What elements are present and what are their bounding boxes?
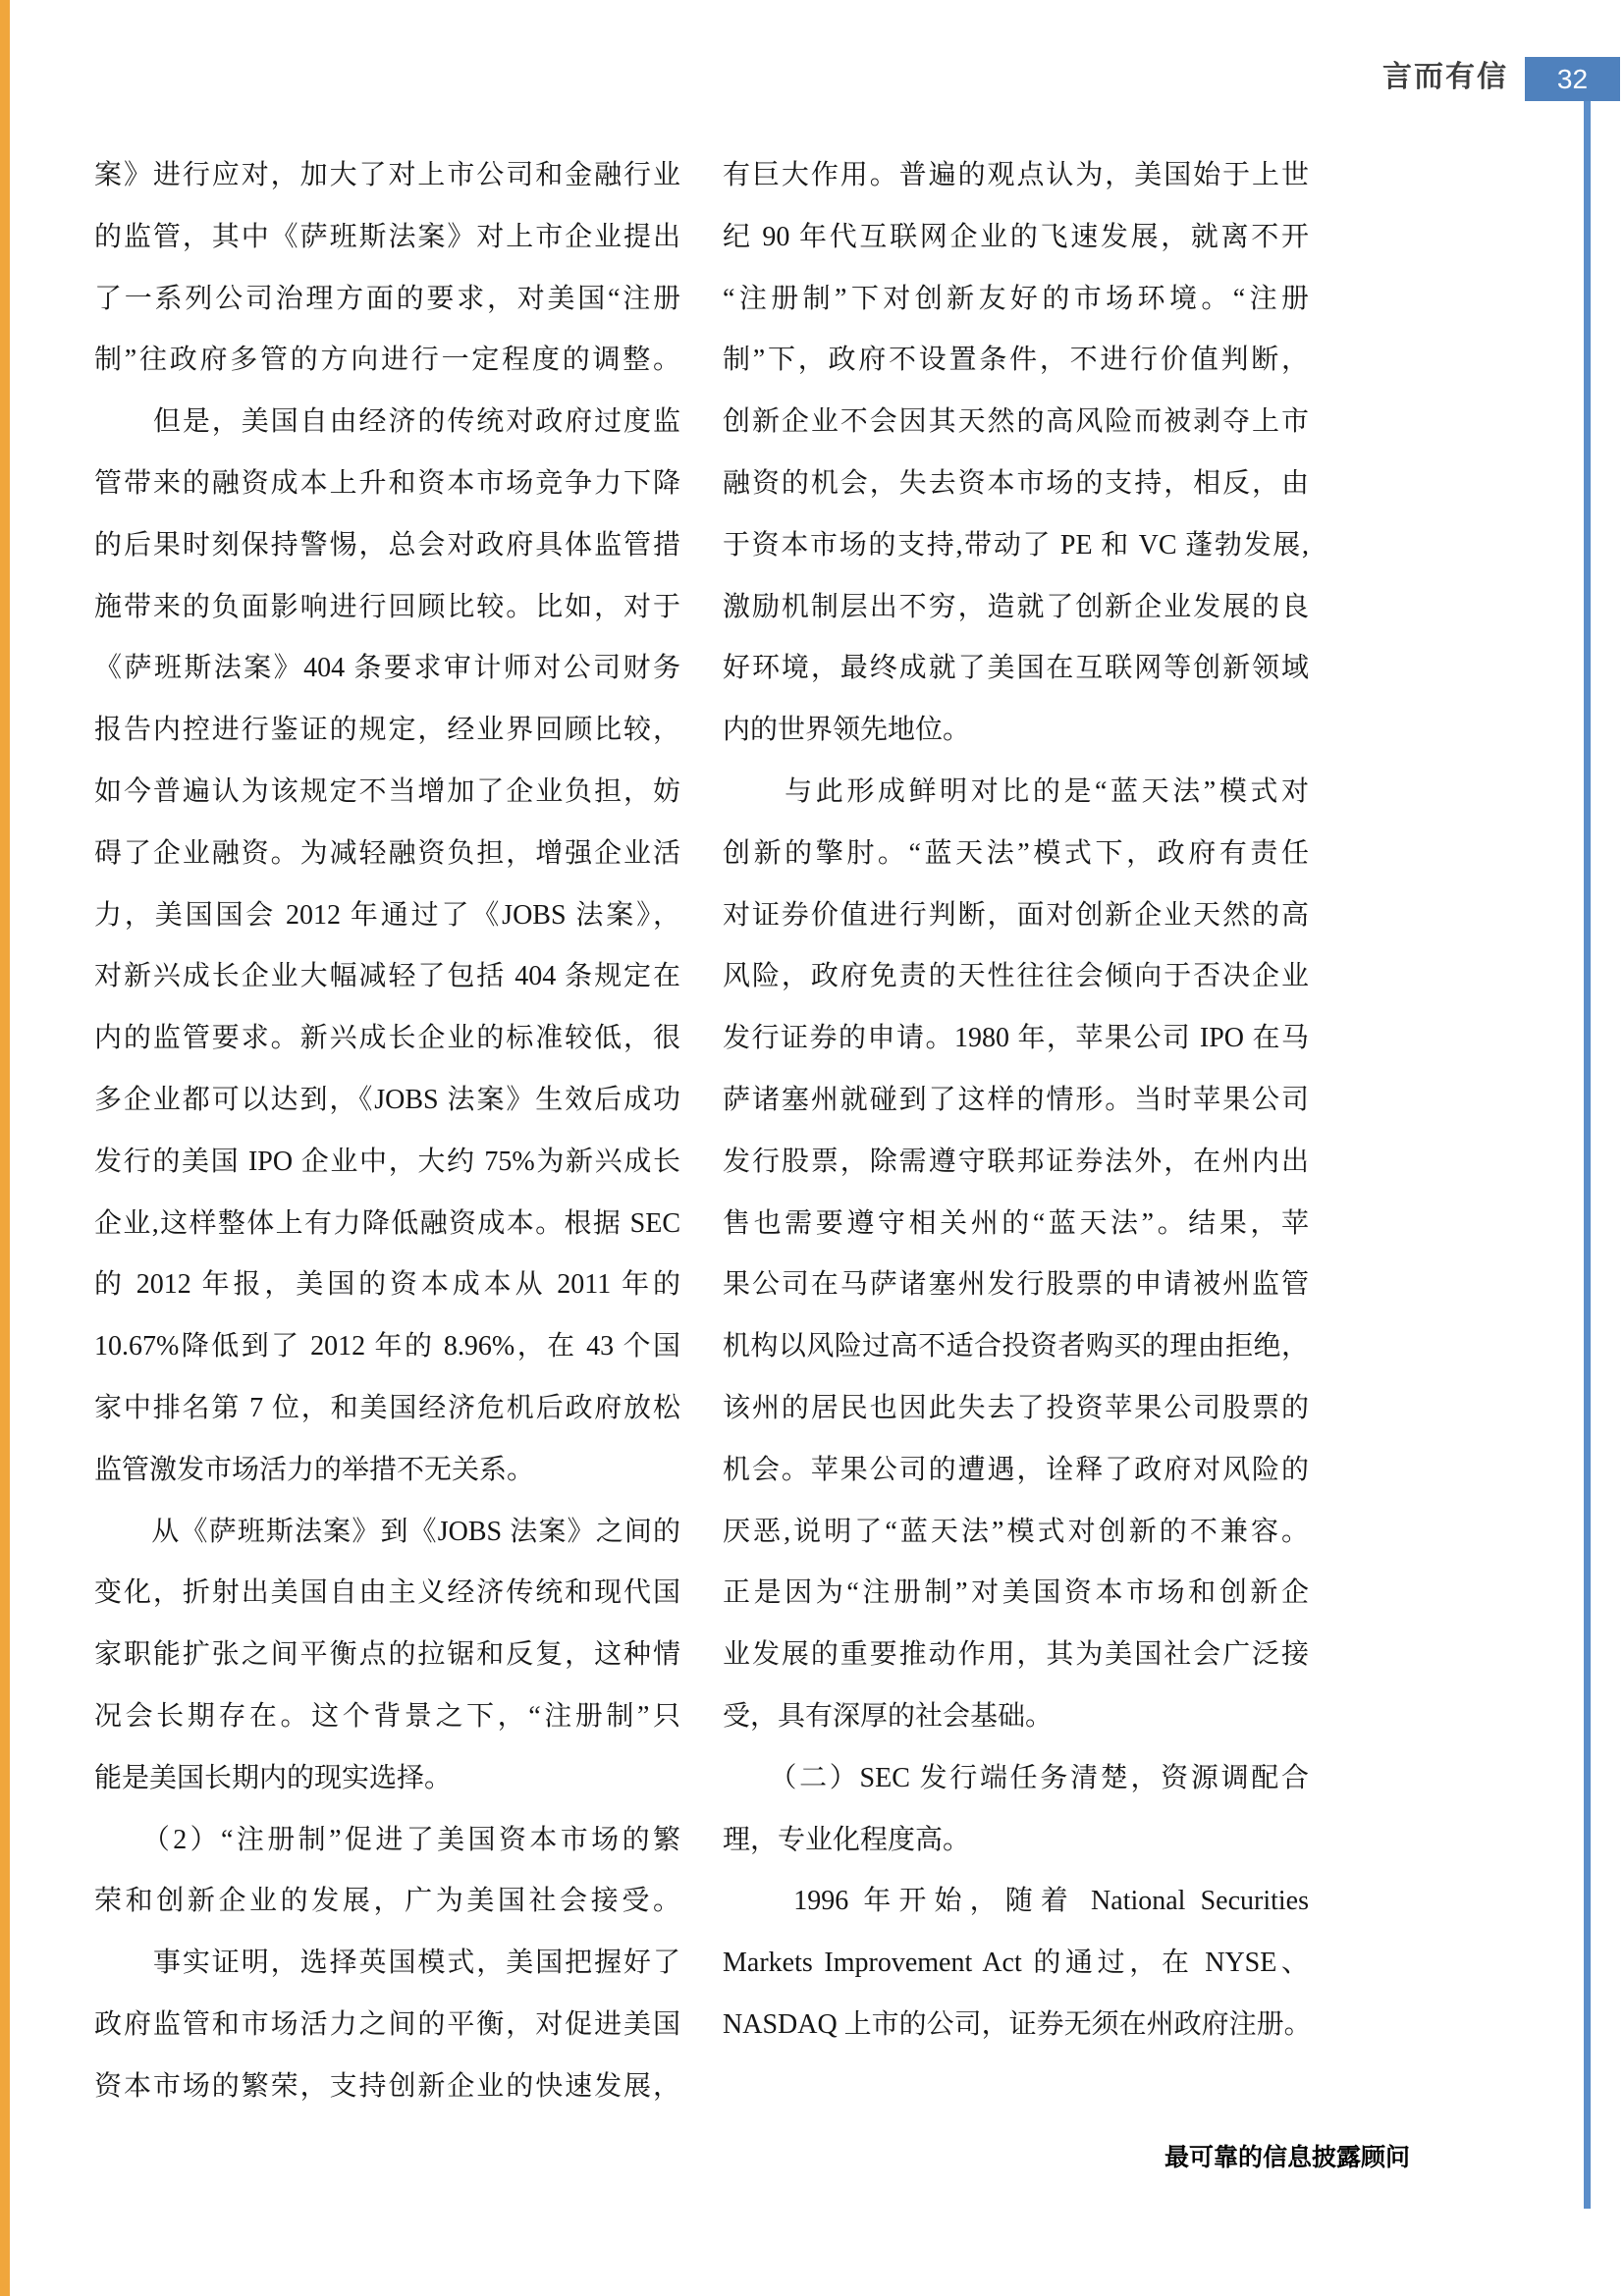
page-header-title: 言而有信 <box>1382 61 1508 94</box>
text-line: 有巨大作用。普遍的观点认为，美国始于上世 <box>723 145 1309 207</box>
text-line: 内的监管要求。新兴成长企业的标准较低，很 <box>94 1008 680 1070</box>
left-edge-rule <box>0 0 10 2296</box>
text-line: 对证券价值进行判断，面对创新企业天然的高 <box>723 885 1309 947</box>
text-line: 机构以风险过高不适合投资者购买的理由拒绝， <box>723 1316 1309 1378</box>
right-edge-rule <box>1584 59 1591 2209</box>
text-line: 纪 90 年代互联网企业的飞速发展，就离不开 <box>723 207 1309 269</box>
text-line: 的监管，其中《萨班斯法案》对上市企业提出 <box>94 207 680 269</box>
text-line: 管带来的融资成本上升和资本市场竞争力下降 <box>94 454 680 515</box>
text-line: 1996 年开始，随着 National Securities <box>723 1871 1309 1933</box>
text-line: 正是因为“注册制”对美国资本市场和创新企 <box>723 1563 1309 1625</box>
text-line: 制”下，政府不设置条件，不进行价值判断， <box>723 330 1309 392</box>
text-line: 创新企业不会因其天然的高风险而被剥夺上市 <box>723 392 1309 454</box>
text-line: 售也需要遵守相关州的“蓝天法”。结果，苹 <box>723 1194 1309 1255</box>
text-line: 风险，政府免责的天性往往会倾向于否决企业 <box>723 946 1309 1008</box>
text-line: 施带来的负面影响进行回顾比较。比如，对于 <box>94 577 680 639</box>
text-line: 果公司在马萨诸塞州发行股票的申请被州监管 <box>723 1255 1309 1316</box>
text-line: 该州的居民也因此失去了投资苹果公司股票的 <box>723 1378 1309 1440</box>
page-number: 32 <box>1557 64 1588 95</box>
text-line: 萨诸塞州就碰到了这样的情形。当时苹果公司 <box>723 1070 1309 1132</box>
text-line: 理，专业化程度高。 <box>723 1810 1309 1872</box>
text-line: 但是，美国自由经济的传统对政府过度监 <box>94 392 680 454</box>
text-line: 报告内控进行鉴证的规定，经业界回顾比较， <box>94 700 680 762</box>
text-line: 对新兴成长企业大幅减轻了包括 404 条规定在 <box>94 946 680 1008</box>
text-line: 家中排名第 7 位，和美国经济危机后政府放松 <box>94 1378 680 1440</box>
text-line: 制”往政府多管的方向进行一定程度的调整。 <box>94 330 680 392</box>
text-line: 企业,这样整体上有力降低融资成本。根据 SEC <box>94 1194 680 1255</box>
text-line: 发行股票，除需遵守联邦证券法外，在州内出 <box>723 1132 1309 1194</box>
text-line: 家职能扩张之间平衡点的拉锯和反复，这种情 <box>94 1625 680 1686</box>
text-line: 政府监管和市场活力之间的平衡，对促进美国 <box>94 1995 680 2056</box>
column-left: 案》进行应对，加大了对上市公司和金融行业的监管，其中《萨班斯法案》对上市企业提出… <box>94 145 680 2118</box>
text-line: 10.67%降低到了 2012 年的 8.96%，在 43 个国 <box>94 1316 680 1378</box>
text-line: 监管激发市场活力的举措不无关系。 <box>94 1440 680 1502</box>
text-line: 厌恶,说明了“蓝天法”模式对创新的不兼容。 <box>723 1502 1309 1564</box>
text-line: 发行的美国 IPO 企业中，大约 75%为新兴成长 <box>94 1132 680 1194</box>
column-right: 有巨大作用。普遍的观点认为，美国始于上世纪 90 年代互联网企业的飞速发展，就离… <box>723 145 1309 2056</box>
text-line: 从《萨班斯法案》到《JOBS 法案》之间的 <box>94 1502 680 1564</box>
text-line: NASDAQ 上市的公司，证券无须在州政府注册。 <box>723 1995 1309 2056</box>
footer-slogan: 最可靠的信息披露顾问 <box>1164 2138 1410 2173</box>
text-line: 融资的机会，失去资本市场的支持，相反，由 <box>723 454 1309 515</box>
text-line: 业发展的重要推动作用，其为美国社会广泛接 <box>723 1625 1309 1686</box>
text-line: 了一系列公司治理方面的要求，对美国“注册 <box>94 269 680 331</box>
text-line: “注册制”下对创新友好的市场环境。“注册 <box>723 269 1309 331</box>
text-line: 荣和创新企业的发展，广为美国社会接受。 <box>94 1871 680 1933</box>
text-line: 于资本市场的支持,带动了 PE 和 VC 蓬勃发展, <box>723 515 1309 577</box>
text-line: 的后果时刻保持警惕，总会对政府具体监管措 <box>94 515 680 577</box>
page-number-badge: 32 <box>1525 57 1620 101</box>
text-line: 好环境，最终成就了美国在互联网等创新领域 <box>723 638 1309 700</box>
text-line: 多企业都可以达到，《JOBS 法案》生效后成功 <box>94 1070 680 1132</box>
text-line: 变化，折射出美国自由主义经济传统和现代国 <box>94 1563 680 1625</box>
text-line: 与此形成鲜明对比的是“蓝天法”模式对 <box>723 762 1309 824</box>
text-line: 事实证明，选择英国模式，美国把握好了 <box>94 1933 680 1995</box>
text-line: （二）SEC 发行端任务清楚，资源调配合 <box>723 1748 1309 1810</box>
text-line: Markets Improvement Act 的通过，在 NYSE、 <box>723 1933 1309 1995</box>
text-line: 内的世界领先地位。 <box>723 700 1309 762</box>
text-line: 力，美国国会 2012 年通过了《JOBS 法案》， <box>94 885 680 947</box>
text-line: 况会长期存在。这个背景之下，“注册制”只 <box>94 1686 680 1748</box>
text-line: 能是美国长期内的现实选择。 <box>94 1748 680 1810</box>
text-line: 《萨班斯法案》404 条要求审计师对公司财务 <box>94 638 680 700</box>
text-line: 创新的擎肘。“蓝天法”模式下，政府有责任 <box>723 824 1309 885</box>
text-line: 的 2012 年报，美国的资本成本从 2011 年的 <box>94 1255 680 1316</box>
text-line: 资本市场的繁荣，支持创新企业的快速发展， <box>94 2056 680 2118</box>
text-line: 发行证券的申请。1980 年，苹果公司 IPO 在马 <box>723 1008 1309 1070</box>
text-line: 激励机制层出不穷，造就了创新企业发展的良 <box>723 577 1309 639</box>
text-line: 机会。苹果公司的遭遇，诠释了政府对风险的 <box>723 1440 1309 1502</box>
text-line: 案》进行应对，加大了对上市公司和金融行业 <box>94 145 680 207</box>
text-line: （2）“注册制”促进了美国资本市场的繁 <box>94 1810 680 1872</box>
text-line: 碍了企业融资。为减轻融资负担，增强企业活 <box>94 824 680 885</box>
text-line: 受，具有深厚的社会基础。 <box>723 1686 1309 1748</box>
text-line: 如今普遍认为该规定不当增加了企业负担，妨 <box>94 762 680 824</box>
